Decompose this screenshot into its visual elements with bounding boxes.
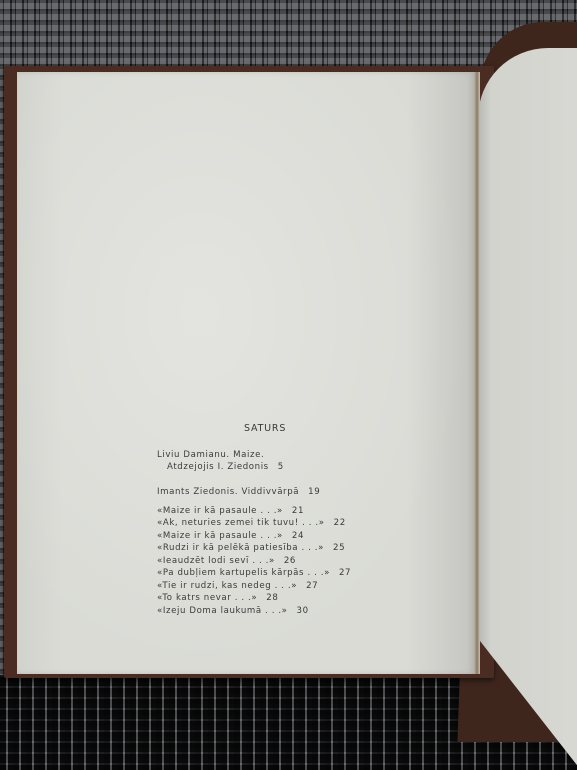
toc-entry-page: 24: [292, 531, 304, 541]
toc-entry-text: «Ieaudzēt lodi sevī . . .»: [157, 556, 275, 566]
toc-entry-page: 27: [306, 581, 318, 591]
book-gutter: [474, 72, 480, 674]
toc-entry: «Pa dubļiem kartupelis kārpās . . .»27: [157, 568, 351, 578]
toc-entry-page: 30: [297, 606, 309, 616]
toc-entry-text: «Izeju Doma laukumā . . .»: [157, 606, 288, 616]
toc-entry-text: «Tie ir rudzi, kas nedeg . . .»: [157, 581, 297, 591]
toc-entry-text: Atdzejojis I. Ziedonis: [167, 462, 269, 472]
toc-entry-page: 25: [333, 543, 345, 553]
toc-entry: «Maize ir kā pasaule . . .»21: [157, 506, 304, 516]
toc-entry-page: 19: [308, 487, 320, 497]
toc-heading: SATURS: [244, 423, 286, 434]
toc-entry-text: «Maize ir kā pasaule . . .»: [157, 531, 283, 541]
toc-entry: «Maize ir kā pasaule . . .»24: [157, 531, 304, 541]
toc-entry-text: «Rudzi ir kā pelēkā patiesība . . .»: [157, 543, 324, 553]
toc-entry-page: 5: [278, 462, 284, 472]
toc-entry: «To katrs nevar . . .»28: [157, 593, 278, 603]
toc-entry: «Rudzi ir kā pelēkā patiesība . . .»25: [157, 543, 345, 553]
toc-entry-page: 26: [284, 556, 296, 566]
toc-entry-text: «Maize ir kā pasaule . . .»: [157, 506, 283, 516]
toc-entry: Liviu Damianu. Maize.: [157, 450, 264, 460]
toc-entry: Imants Ziedonis. Viddivvārpā19: [157, 487, 320, 497]
toc-entry-page: 22: [334, 518, 346, 528]
toc-entry-text: Imants Ziedonis. Viddivvārpā: [157, 487, 299, 497]
toc-entry: «Tie ir rudzi, kas nedeg . . .»27: [157, 581, 318, 591]
toc-entry-text: «To katrs nevar . . .»: [157, 593, 257, 603]
toc-entry: Atdzejojis I. Ziedonis5: [167, 462, 284, 472]
toc-entry-page: 28: [266, 593, 278, 603]
toc-entry-text: «Pa dubļiem kartupelis kārpās . . .»: [157, 568, 330, 578]
toc-entry-page: 21: [292, 506, 304, 516]
toc-entry-page: 27: [339, 568, 351, 578]
toc-entry: «Izeju Doma laukumā . . .»30: [157, 606, 309, 616]
toc-entry: «Ak, neturies zemei tik tuvu! . . .»22: [157, 518, 346, 528]
toc-entry: «Ieaudzēt lodi sevī . . .»26: [157, 556, 296, 566]
toc-entry-text: Liviu Damianu. Maize.: [157, 450, 264, 460]
toc-entry-text: «Ak, neturies zemei tik tuvu! . . .»: [157, 518, 325, 528]
